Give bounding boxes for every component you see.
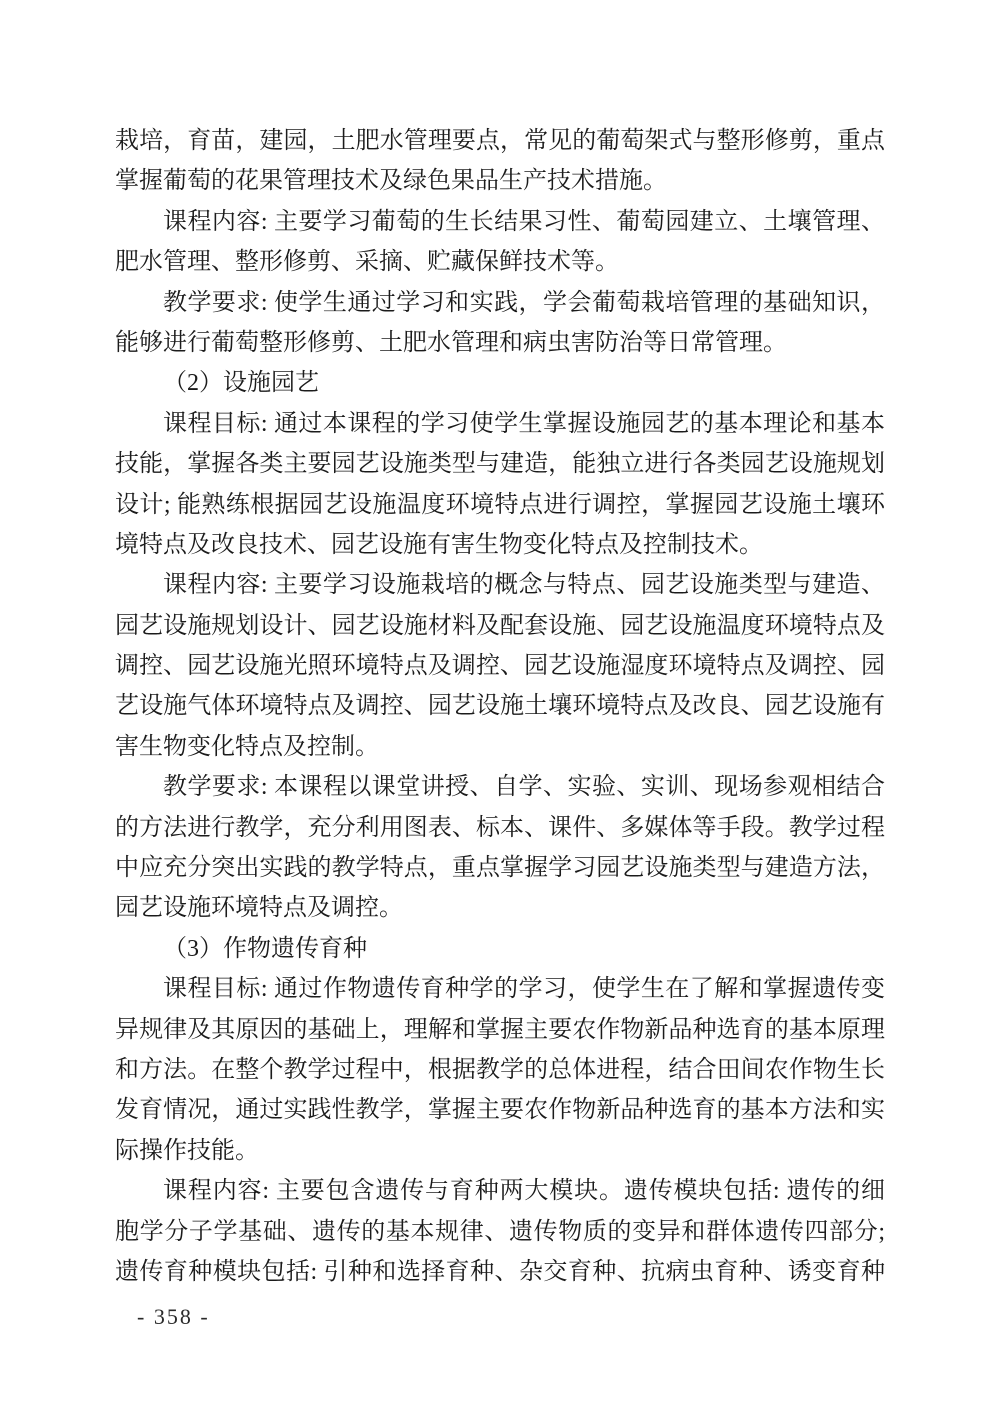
text-line: 异规律及其原因的基础上，理解和掌握主要农作物新品种选育的基本原理 xyxy=(115,1010,885,1050)
text-line: 园艺设施规划设计、园艺设施材料及配套设施、园艺设施温度环境特点及 xyxy=(115,606,885,646)
text-line: 艺设施气体环境特点及调控、园艺设施土壤环境特点及改良、园艺设施有 xyxy=(115,686,885,726)
text-line: 课程内容: 主要包含遗传与育种两大模块。遗传模块包括: 遗传的细 xyxy=(115,1171,885,1211)
section-heading: （3）作物遗传育种 xyxy=(115,929,885,969)
text-line: 掌握葡萄的花果管理技术及绿色果品生产技术措施。 xyxy=(115,161,885,201)
text-line: 能够进行葡萄整形修剪、土肥水管理和病虫害防治等日常管理。 xyxy=(115,323,885,363)
text-line: 胞学分子学基础、遗传的基本规律、遗传物质的变异和群体遗传四部分; xyxy=(115,1212,885,1252)
text-line: 中应充分突出实践的教学特点，重点掌握学习园艺设施类型与建造方法， xyxy=(115,848,885,888)
section-heading: （2）设施园艺 xyxy=(115,363,885,403)
text-line: 技能，掌握各类主要园艺设施类型与建造，能独立进行各类园艺设施规划 xyxy=(115,444,885,484)
text-line: 设计; 能熟练根据园艺设施温度环境特点进行调控，掌握园艺设施土壤环 xyxy=(115,485,885,525)
text-line: 课程目标: 通过作物遗传育种学的学习，使学生在了解和掌握遗传变 xyxy=(115,969,885,1009)
text-line: 课程内容: 主要学习设施栽培的概念与特点、园艺设施类型与建造、 xyxy=(115,565,885,605)
text-line: 肥水管理、整形修剪、采摘、贮藏保鲜技术等。 xyxy=(115,242,885,282)
document-page: 栽培，育苗，建园，土肥水管理要点，常见的葡萄架式与整形修剪，重点 掌握葡萄的花果… xyxy=(0,0,1000,1414)
text-line: 境特点及改良技术、园艺设施有害生物变化特点及控制技术。 xyxy=(115,525,885,565)
text-line: 害生物变化特点及控制。 xyxy=(115,727,885,767)
text-line: 发育情况，通过实践性教学，掌握主要农作物新品种选育的基本方法和实 xyxy=(115,1090,885,1130)
text-line: 教学要求: 本课程以课堂讲授、自学、实验、实训、现场参观相结合 xyxy=(115,767,885,807)
text-line: 际操作技能。 xyxy=(115,1131,885,1171)
text-line: 遗传育种模块包括: 引种和选择育种、杂交育种、抗病虫育种、诱变育种 xyxy=(115,1252,885,1292)
text-line: 的方法进行教学，充分利用图表、标本、课件、多媒体等手段。教学过程 xyxy=(115,808,885,848)
text-line: 栽培，育苗，建园，土肥水管理要点，常见的葡萄架式与整形修剪，重点 xyxy=(115,121,885,161)
text-line: 和方法。在整个教学过程中，根据教学的总体进程，结合田间农作物生长 xyxy=(115,1050,885,1090)
text-line: 课程内容: 主要学习葡萄的生长结果习性、葡萄园建立、土壤管理、 xyxy=(115,202,885,242)
text-line: 园艺设施环境特点及调控。 xyxy=(115,888,885,928)
page-body: 栽培，育苗，建园，土肥水管理要点，常见的葡萄架式与整形修剪，重点 掌握葡萄的花果… xyxy=(115,121,885,1292)
page-number: - 358 - xyxy=(137,1303,210,1331)
text-line: 课程目标: 通过本课程的学习使学生掌握设施园艺的基本理论和基本 xyxy=(115,404,885,444)
text-line: 教学要求: 使学生通过学习和实践，学会葡萄栽培管理的基础知识， xyxy=(115,283,885,323)
text-line: 调控、园艺设施光照环境特点及调控、园艺设施湿度环境特点及调控、园 xyxy=(115,646,885,686)
